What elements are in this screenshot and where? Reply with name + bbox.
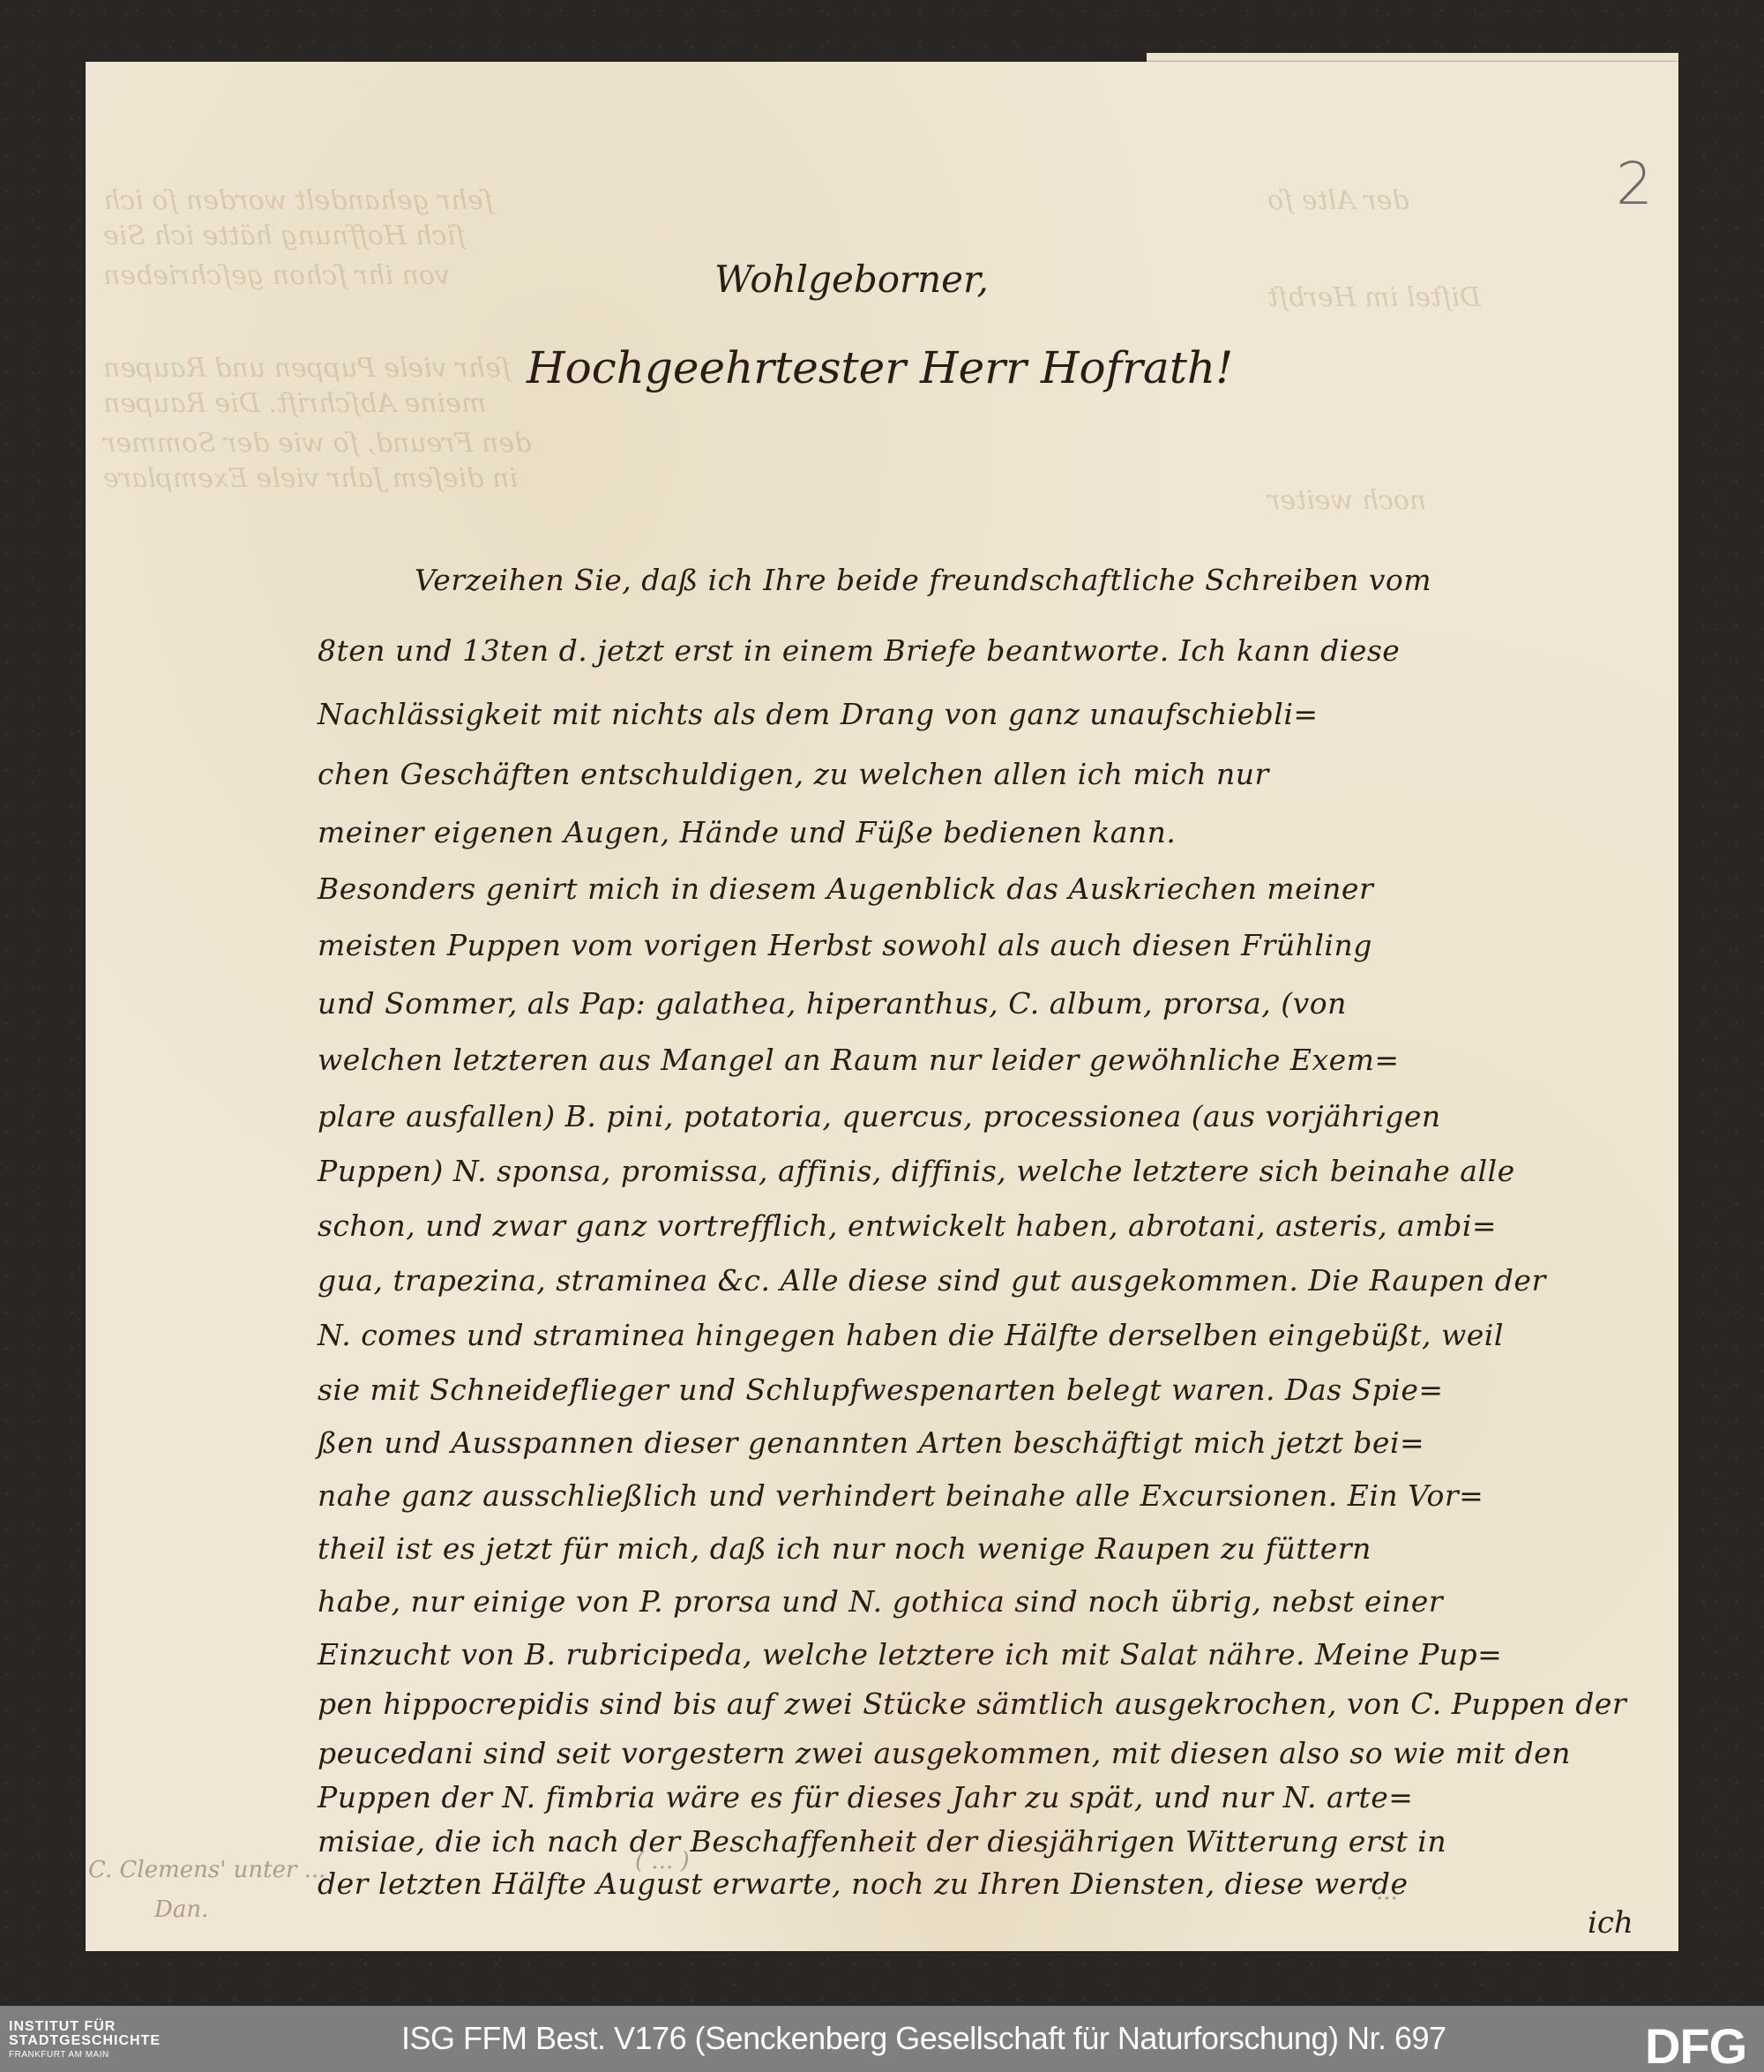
body-line: Besonders genirt mich in diesem Augenbli… xyxy=(318,871,1680,906)
dfg-logo: DFG xyxy=(1645,2023,1746,2069)
institution-name-line-2: STADTGESCHICHTE xyxy=(9,2034,161,2048)
institution-location: FRANKFURT AM MAIN xyxy=(9,2051,161,2060)
body-line: schon, und zwar ganz vortrefflich, entwi… xyxy=(318,1208,1680,1243)
body-line: ßen und Ausspannen dieser genannten Arte… xyxy=(318,1425,1680,1460)
bleed-through-text: meine Abſchrift. Die Raupen xyxy=(103,388,486,419)
body-line: habe, nur einige von P. prorsa und N. go… xyxy=(318,1584,1680,1619)
body-line: Einzucht von B. rubricipeda, welche letz… xyxy=(318,1637,1680,1672)
margin-note: ... xyxy=(1376,1879,1398,1905)
body-line: welchen letzteren aus Mangel an Raum nur… xyxy=(318,1043,1680,1077)
bleed-through-text: den Freund, ſo wie der Sommer xyxy=(103,428,531,459)
bleed-through-text: ſehr viele Puppen und Raupen xyxy=(103,353,511,384)
archive-reference-caption: ISG FFM Best. V176 (Senckenberg Gesellsc… xyxy=(401,2020,1446,2057)
body-line: 8ten und 13ten d. jetzt erst in einem Br… xyxy=(318,633,1680,668)
body-line: peucedani sind seit vorgestern zwei ausg… xyxy=(318,1736,1680,1770)
body-line: Puppen) N. sponsa, promissa, affinis, di… xyxy=(318,1154,1680,1188)
body-line: meiner eigenen Augen, Hände und Füße bed… xyxy=(318,815,1680,849)
archive-page-number: 2 xyxy=(1616,150,1653,218)
margin-note: C. Clemens' unter ... xyxy=(88,1857,325,1883)
body-line: Nachlässigkeit mit nichts als dem Drang … xyxy=(318,697,1680,731)
bleed-through-text: Diſtel im Herbſt xyxy=(1267,282,1481,313)
body-line: nahe ganz ausschließlich und verhindert … xyxy=(318,1478,1680,1513)
scan-area: ſehr gehandelt worden ſo ich ſich Hoffnu… xyxy=(0,0,1764,2006)
body-line: Verzeihen Sie, daß ich Ihre beide freund… xyxy=(415,563,1680,597)
body-line: pen hippocrepidis sind bis auf zwei Stüc… xyxy=(318,1687,1680,1721)
body-line: sie mit Schneideflieger und Schlupfwespe… xyxy=(318,1373,1680,1407)
bleed-through-text: ſich Hoffnung hätte ich Sie xyxy=(103,221,465,251)
margin-note: ( ... ) xyxy=(635,1848,690,1874)
archive-footer-bar: INSTITUT FÜR STADTGESCHICHTE FRANKFURT A… xyxy=(0,2006,1764,2072)
catchword: ich xyxy=(1588,1905,1633,1941)
bleed-through-text: von ihr ſchon geſchrieben xyxy=(103,260,450,291)
body-line: und Sommer, als Pap: galathea, hiperanth… xyxy=(318,986,1680,1021)
body-line: gua, trapezina, straminea &c. Alle diese… xyxy=(318,1263,1680,1298)
bleed-through-text: der Alte ſo xyxy=(1267,185,1409,216)
body-line: meisten Puppen vom vorigen Herbst sowohl… xyxy=(318,928,1680,962)
body-line: Puppen der N. fimbria wäre es für dieses… xyxy=(318,1780,1680,1814)
bleed-through-text: noch weiter xyxy=(1267,485,1426,516)
bleed-through-text: in dieſem Jahr viele Exemplare xyxy=(103,463,518,494)
body-line: chen Geschäften entschuldigen, zu welche… xyxy=(318,757,1680,791)
body-line: misiae, die ich nach der Beschaffenheit … xyxy=(318,1824,1680,1859)
institution-name-line-1: INSTITUT FÜR xyxy=(9,2020,161,2034)
body-line: plare ausfallen) B. pini, potatoria, que… xyxy=(318,1099,1680,1133)
margin-note: Dan. xyxy=(154,1896,208,1923)
salutation-line-1: Wohlgeborner, xyxy=(714,258,989,301)
salutation-line-2: Hochgeehrtester Herr Hofrath! xyxy=(527,342,1233,393)
body-line: theil ist es jetzt für mich, daß ich nur… xyxy=(318,1531,1680,1566)
body-line: N. comes und straminea hingegen haben di… xyxy=(318,1318,1680,1352)
bleed-through-text: ſehr gehandelt worden ſo ich xyxy=(103,185,493,216)
institution-logo: INSTITUT FÜR STADTGESCHICHTE FRANKFURT A… xyxy=(9,2020,161,2060)
body-line: der letzten Hälfte August erwarte, noch … xyxy=(318,1866,1680,1901)
